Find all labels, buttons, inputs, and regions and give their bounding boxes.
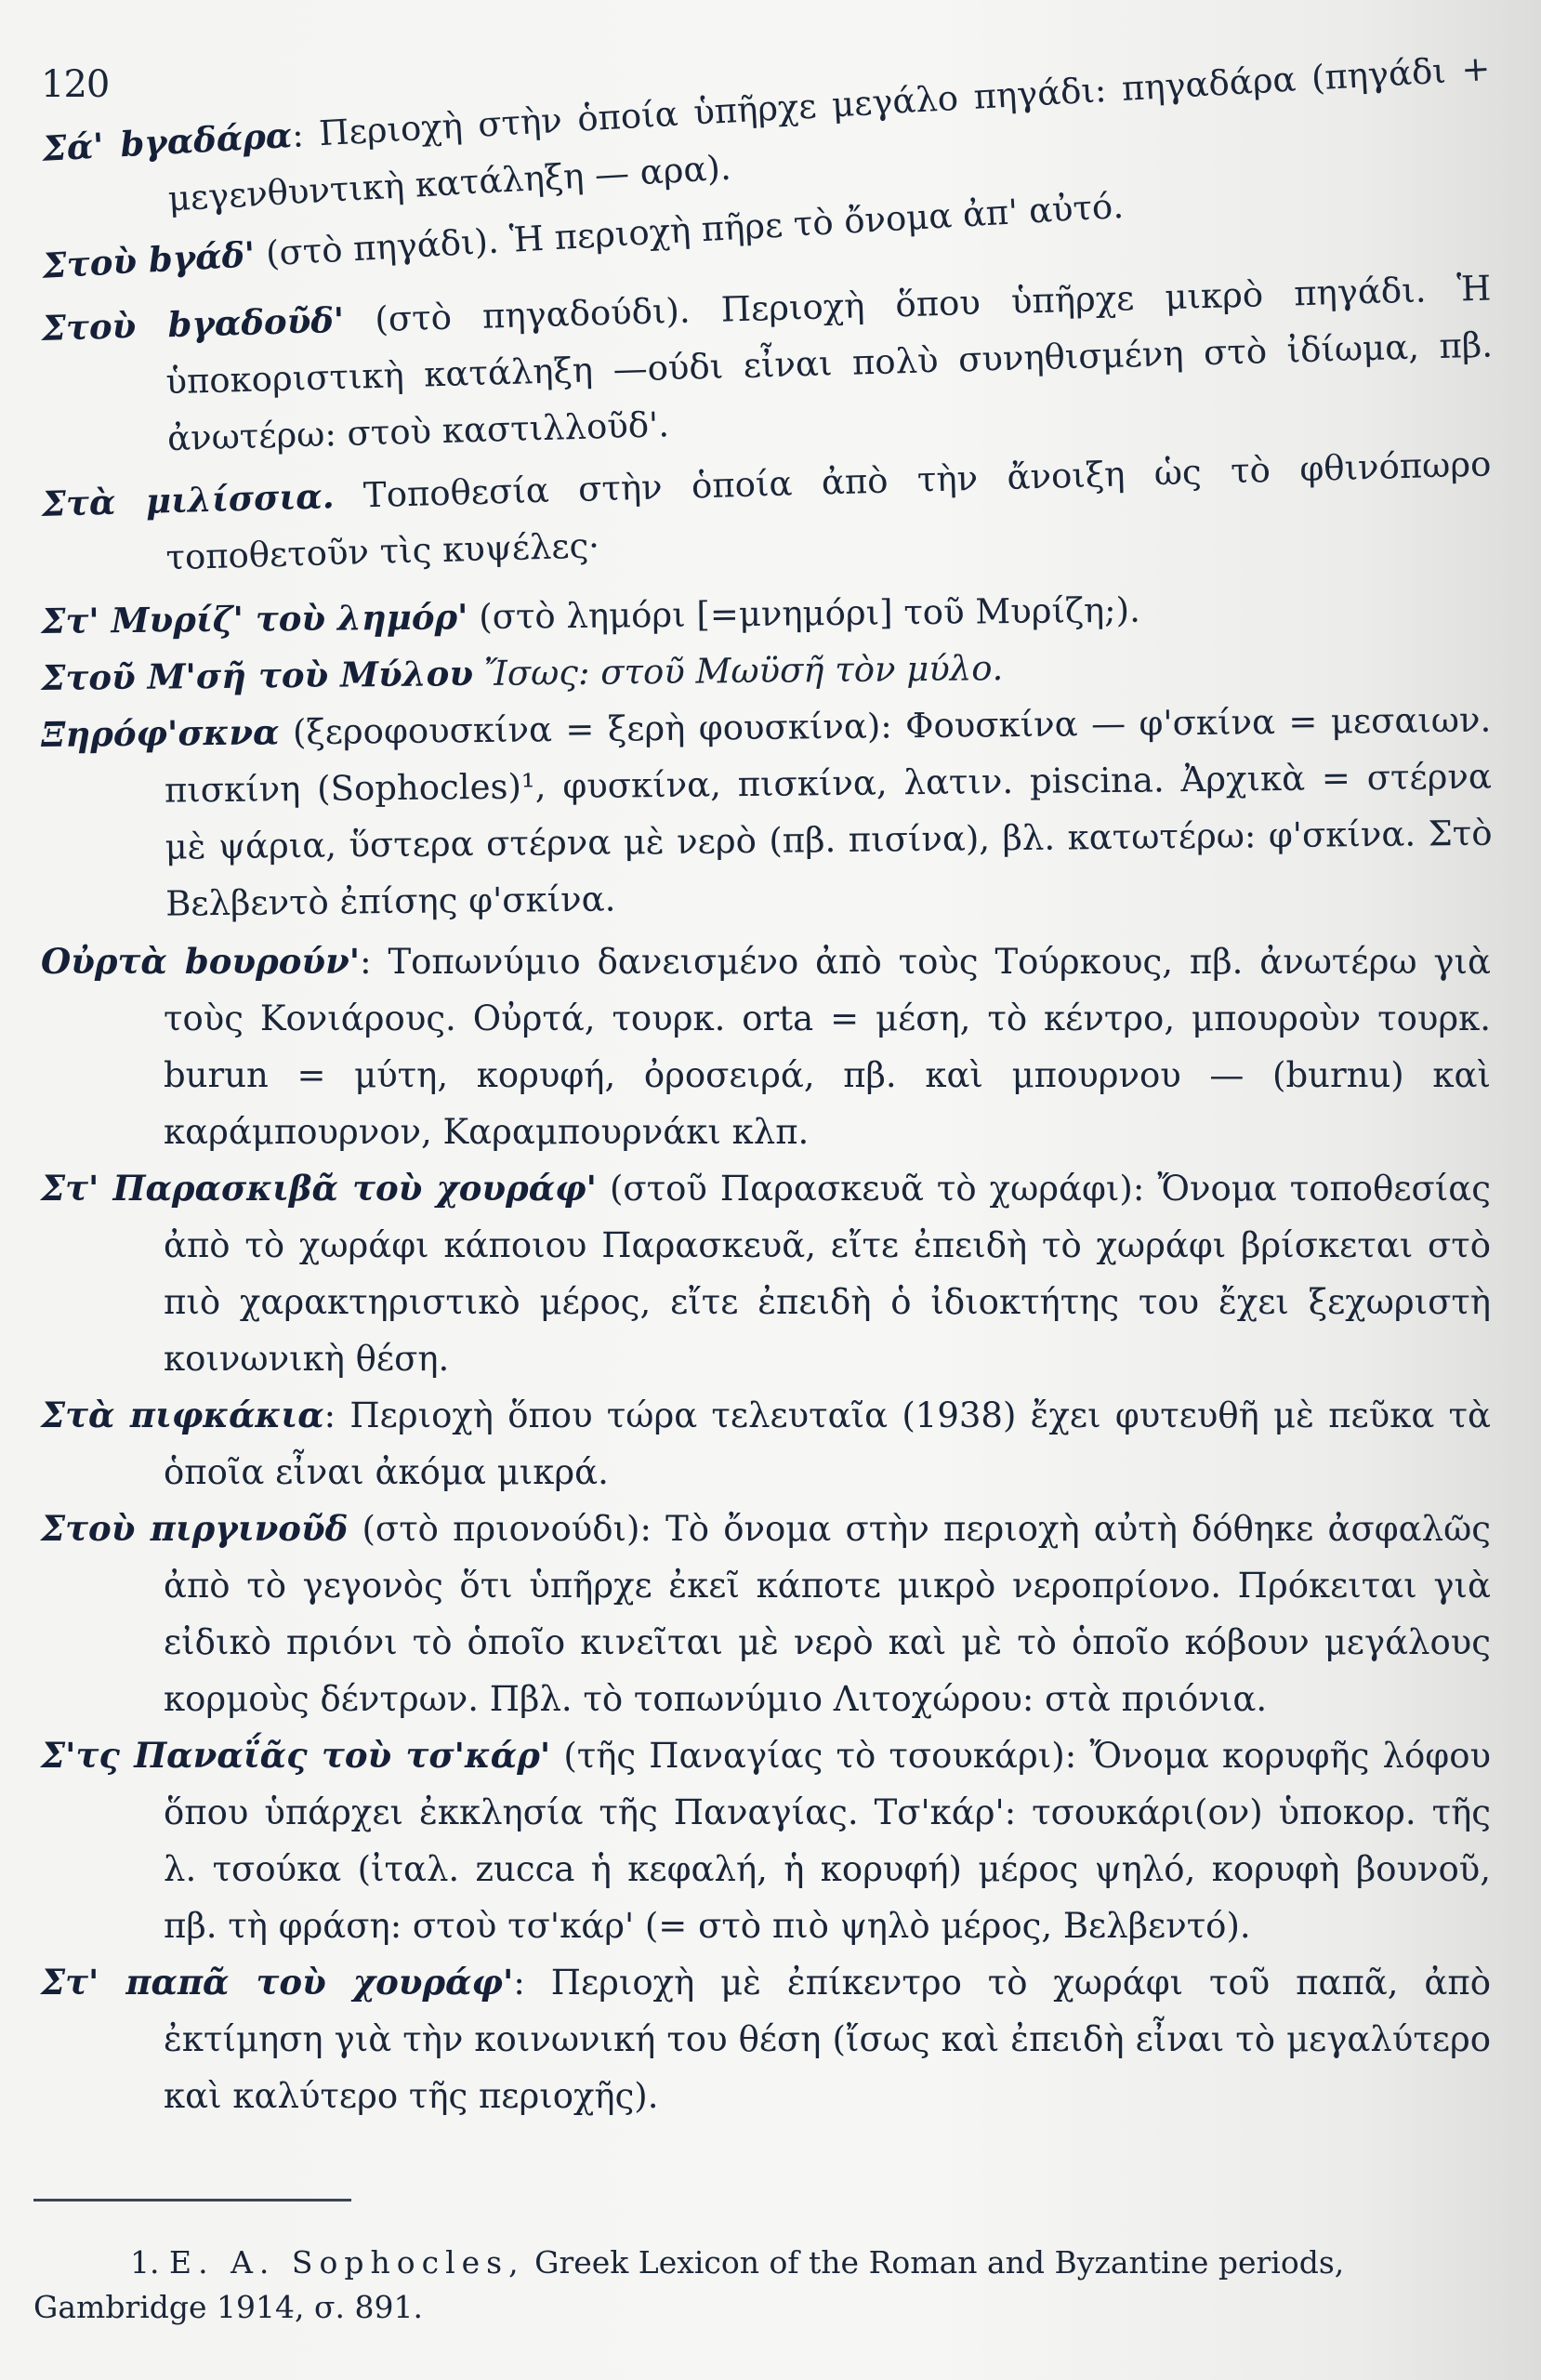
entry-separator	[344, 299, 375, 340]
glossary-entry: Στὰ πιφκάκια: Περιοχὴ ὅπου τώρα τελευταῖ…	[41, 1387, 1491, 1501]
entry-separator	[334, 475, 364, 516]
entry-separator	[550, 1736, 563, 1776]
book-page: 120 Σά' bγαδάρα: Περιοχὴ στὴν ὁποία ὑπῆρ…	[0, 0, 1541, 2380]
footnote: 1. E. A. Sophocles, Greek Lexicon of the…	[33, 2241, 1465, 2330]
entry-headword: Στ' Μυρίζ' τοὺ λημόρ'	[41, 596, 468, 641]
entry-separator	[279, 712, 293, 752]
entry-separator: :	[324, 1395, 350, 1435]
footnote-author: E. A. Sophocles,	[169, 2244, 525, 2281]
entry-headword: Στ' παπᾶ τοὺ χουράφ'	[41, 1962, 513, 2003]
entry-separator	[348, 1509, 362, 1549]
entry-separator	[468, 597, 479, 637]
glossary-entry: Στοὺ bγαδοῦδ' (στὸ πηγαδούδι). Περιοχὴ ὅ…	[41, 259, 1495, 469]
entry-headword: Σ'τς Παναΐᾶς τοὺ τσ'κάρ'	[41, 1735, 550, 1776]
entry-headword: Ξηρόφ'σκνα	[41, 711, 280, 755]
entry-text: Ἴσως: στοῦ Μωϋσῆ τὸν μύλο.	[484, 648, 1004, 694]
entry-separator	[473, 654, 484, 694]
glossary-entry: Στ' παπᾶ τοὺ χουράφ': Περιοχὴ μὲ ἐπίκεντ…	[41, 1954, 1491, 2124]
entry-headword: Στὰ πιφκάκια	[41, 1395, 324, 1435]
entry-text: Περιοχὴ ὅπου τώρα τελευταῖα (1938) ἔχει …	[164, 1395, 1491, 1492]
entry-headword: Στοὺ bγαδοῦδ'	[41, 299, 345, 349]
entry-separator: :	[513, 1963, 550, 2003]
entry-headword: Στοῦ Μ'σῆ τοὺ Μύλου	[41, 653, 473, 698]
glossary-entries: Σά' bγαδάρα: Περιοχὴ στὴν ὁποία ὑπῆρχε μ…	[41, 121, 1491, 2124]
glossary-entry: Ξηρόφ'σκνα (ξεροφουσκίνα = ξερὴ φουσκίνα…	[41, 692, 1493, 933]
glossary-entry: Στοὺ πιργινοῦδ (στὸ πριονούδι): Τὸ ὄνομα…	[41, 1501, 1491, 1727]
entry-separator: :	[291, 113, 321, 155]
entry-headword: Στὰ μιλίσσια.	[41, 475, 335, 524]
entry-headword: Στοὺ πιργινοῦδ	[41, 1508, 348, 1549]
glossary-entry: Σ'τς Παναΐᾶς τοὺ τσ'κάρ' (τῆς Παναγίας τ…	[41, 1727, 1491, 1954]
entry-text: (στὸ πηγαδούδι). Περιοχὴ ὅπου ὑπῆρχε μικ…	[165, 268, 1494, 458]
entry-separator	[597, 1169, 610, 1209]
page-number: 120	[41, 63, 109, 106]
entry-headword: Οὐρτὰ bουρούν'	[41, 941, 360, 982]
entry-text: (ξεροφουσκίνα = ξερὴ φουσκίνα): Φουσκίνα…	[165, 700, 1493, 924]
footnote-marker: 1.	[130, 2244, 160, 2281]
entry-headword: Στ' Παρασκιβᾶ τοὺ χουράφ'	[41, 1168, 597, 1209]
glossary-entry: Οὐρτὰ bουρούν': Τοπωνύμιο δανεισμένο ἀπὸ…	[41, 933, 1491, 1160]
entry-headword: Σά' bγαδάρα	[41, 114, 293, 169]
entry-headword: Στοὺ bγάδ'	[41, 233, 256, 286]
glossary-entry: Στ' Παρασκιβᾶ τοὺ χουράφ' (στοῦ Παρασκευ…	[41, 1160, 1491, 1387]
footnote-separator-rule	[33, 2199, 351, 2201]
entry-separator: :	[360, 942, 388, 982]
entry-text: (στὸ πριονούδι): Τὸ ὄνομα στὴν περιοχὴ α…	[164, 1509, 1491, 1719]
entry-text: Τοποθεσία στὴν ὁποία ἀπὸ τὴν ἄνοιξη ὡς τ…	[165, 443, 1492, 577]
entry-text: (στὸ λημόρι [=μνημόρι] τοῦ Μυρίζη;).	[479, 590, 1140, 637]
